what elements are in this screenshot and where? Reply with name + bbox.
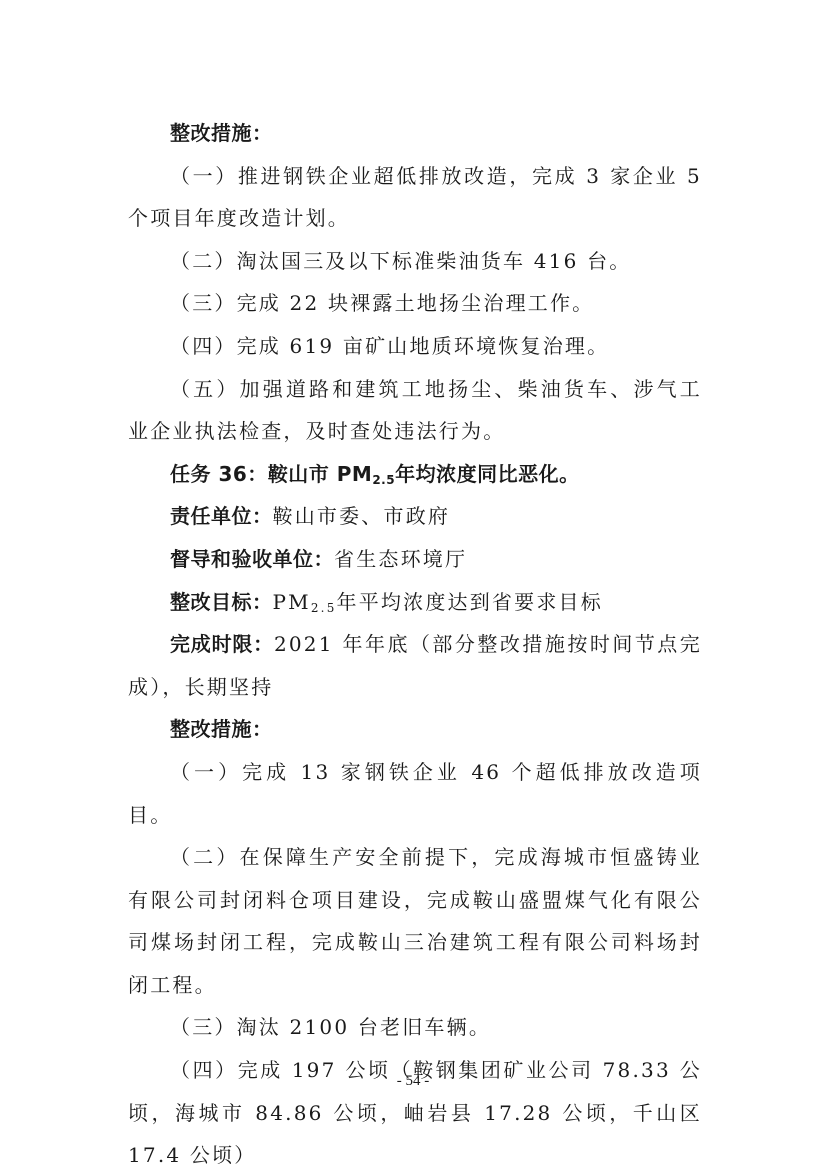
measures-heading: 整改措施： — [128, 112, 702, 155]
task-title-text: 任务 36：鞍山市 PM — [170, 462, 372, 486]
responsible-unit: 责任单位：鞍山市委、市政府 — [128, 495, 702, 538]
task-title-suffix: 年均浓度同比恶化。 — [395, 462, 580, 486]
measure-item: （五）加强道路和建筑工地扬尘、柴油货车、涉气工业企业执法检查，及时查处违法行为。 — [128, 368, 702, 453]
goal-prefix: PM — [273, 590, 311, 614]
measure-item: （三）淘汰 2100 台老旧车辆。 — [128, 1006, 702, 1049]
responsible-label: 责任单位： — [170, 504, 273, 528]
supervisor-value: 省生态环境厅 — [334, 547, 467, 571]
supervisor-unit: 督导和验收单位：省生态环境厅 — [128, 538, 702, 581]
measures-heading-2: 整改措施： — [128, 708, 702, 751]
measure-item: （三）完成 22 块裸露土地扬尘治理工作。 — [128, 282, 702, 325]
task-title-subscript: 2.5 — [372, 473, 395, 487]
rectification-goal: 整改目标：PM2.5年平均浓度达到省要求目标 — [128, 581, 702, 624]
deadline: 完成时限：2021 年年底（部分整改措施按时间节点完成），长期坚持 — [128, 623, 702, 708]
measure-item: （四）完成 619 亩矿山地质环境恢复治理。 — [128, 325, 702, 368]
goal-suffix: 年平均浓度达到省要求目标 — [337, 590, 603, 614]
measure-item: （一）完成 13 家钢铁企业 46 个超低排放改造项目。 — [128, 751, 702, 836]
document-page: 整改措施： （一）推进钢铁企业超低排放改造，完成 3 家企业 5 个项目年度改造… — [128, 112, 702, 1169]
measure-item: （二）淘汰国三及以下标准柴油货车 416 台。 — [128, 240, 702, 283]
measure-item: （四）完成 197 公顷（鞍钢集团矿业公司 78.33 公顷，海城市 84.86… — [128, 1049, 702, 1169]
responsible-value: 鞍山市委、市政府 — [273, 504, 451, 528]
task-title: 任务 36：鞍山市 PM2.5年均浓度同比恶化。 — [128, 453, 702, 496]
measure-item: （一）推进钢铁企业超低排放改造，完成 3 家企业 5 个项目年度改造计划。 — [128, 155, 702, 240]
goal-label: 整改目标： — [170, 590, 273, 614]
goal-subscript: 2.5 — [311, 601, 337, 615]
page-number: - 54 - — [0, 1073, 826, 1090]
measure-item: （二）在保障生产安全前提下，完成海城市恒盛铸业有限公司封闭料仓项目建设，完成鞍山… — [128, 836, 702, 1006]
deadline-label: 完成时限： — [170, 632, 274, 656]
supervisor-label: 督导和验收单位： — [170, 547, 334, 571]
